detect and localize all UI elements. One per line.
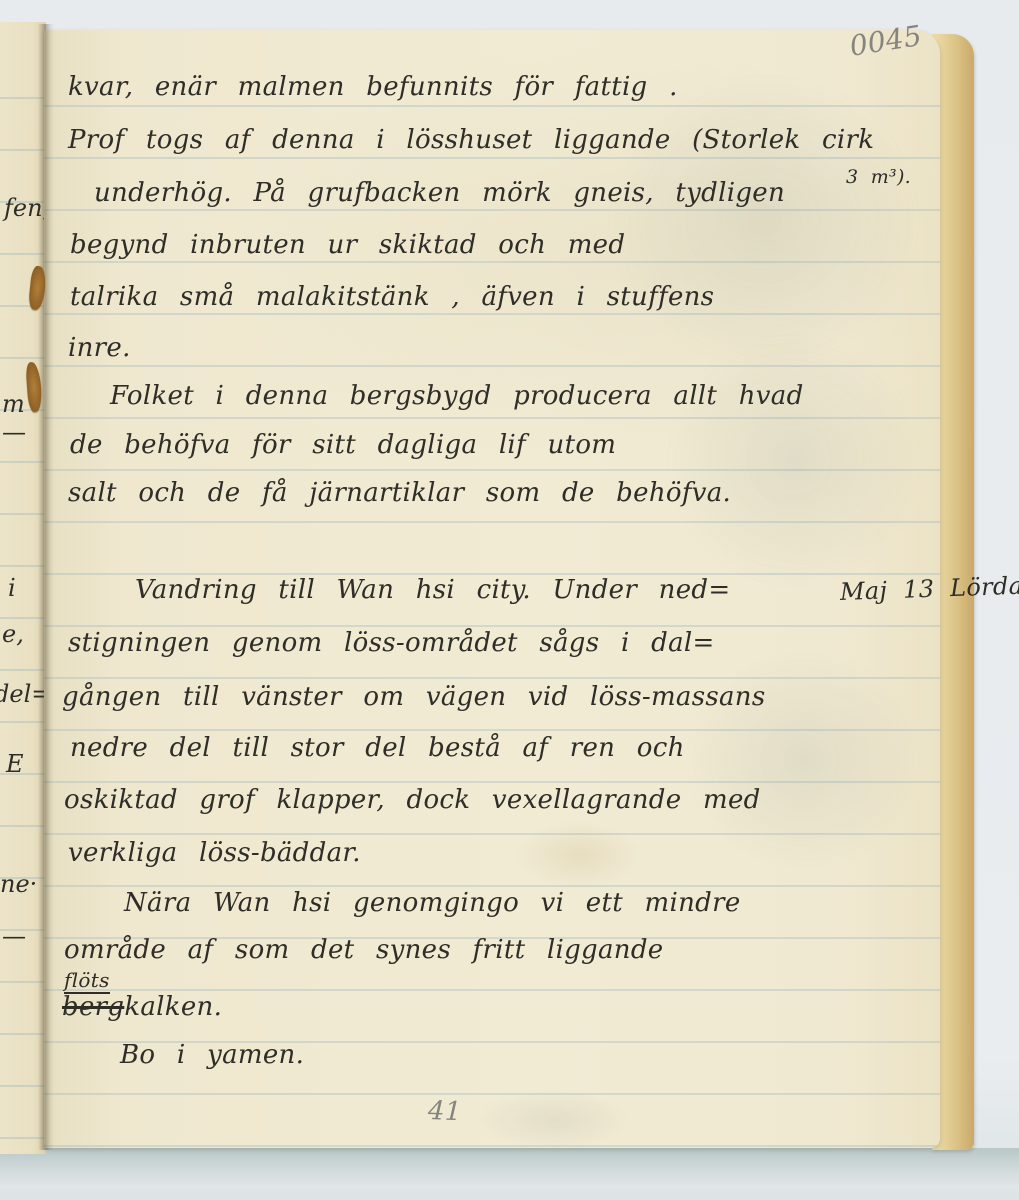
- manuscript-line: Vandring till Wan hsi city. Under ned=: [135, 575, 730, 605]
- manuscript-line: verkliga löss-bäddar.: [68, 838, 361, 868]
- correction-rest: kalken.: [124, 992, 222, 1022]
- archival-number: 0045: [847, 19, 924, 63]
- manuscript-line: stigningen genom löss-området sågs i dal…: [68, 628, 715, 658]
- manuscript-line: talrika små malakitstänk , äfven i stuff…: [70, 282, 714, 312]
- correction-inserted-word: flöts: [64, 968, 110, 994]
- gutter-shadow: [38, 24, 54, 1150]
- margin-date-note: Maj 13 Lördag: [840, 571, 1019, 606]
- manuscript-line: gången till vänster om vägen vid löss-ma…: [62, 682, 765, 712]
- manuscript-line: Nära Wan hsi genomgingo vi ett mindre: [124, 888, 741, 918]
- show-through-smudge: [664, 330, 924, 590]
- notebook-page: 0045 kvar, enär malmen befunnits för fat…: [44, 30, 940, 1148]
- show-through-smudge: [474, 1090, 634, 1150]
- manuscript-line: oskiktad grof klapper, dock vexellagrand…: [64, 785, 761, 815]
- prev-page-fragment: i: [8, 574, 16, 602]
- correction-deleted-word: berg: [62, 992, 124, 1022]
- paper-stain: [514, 820, 644, 890]
- prev-page-fragment: ne·: [0, 870, 37, 898]
- manuscript-line: de behöfva för sitt dagliga lif utom: [70, 430, 616, 460]
- show-through-smudge: [604, 70, 924, 370]
- manuscript-line: nedre del till stor del bestå af ren och: [70, 733, 685, 763]
- manuscript-line: salt och de få järnartiklar som de behöf…: [68, 478, 731, 508]
- manuscript-line: Prof togs af denna i lösshuset liggande …: [68, 125, 874, 155]
- size-note: 3 m³).: [846, 166, 911, 188]
- prev-page-fragment: E: [6, 750, 24, 778]
- bottom-shadow: [0, 1148, 1019, 1188]
- manuscript-line: Folket i denna bergsbygd producera allt …: [110, 381, 804, 411]
- notebook-photo: fen, m— i e, del= E ne· — 0045 kvar, enä…: [0, 0, 1019, 1200]
- manuscript-line: kvar, enär malmen befunnits för fattig .: [68, 72, 678, 102]
- manuscript-line: Bo i yamen.: [120, 1040, 304, 1070]
- manuscript-line: begynd inbruten ur skiktad och med: [70, 230, 625, 260]
- manuscript-line: inre.: [68, 333, 131, 363]
- page-number: 41: [427, 1096, 462, 1127]
- manuscript-correction-line: flötsbergkalken.: [62, 992, 222, 1022]
- prev-page-fragment: —: [2, 922, 26, 950]
- manuscript-line: underhög. På grufbacken mörk gneis, tydl…: [94, 178, 785, 208]
- manuscript-line: område af som det synes fritt liggande: [64, 935, 663, 965]
- prev-page-fragment: e,: [2, 620, 24, 648]
